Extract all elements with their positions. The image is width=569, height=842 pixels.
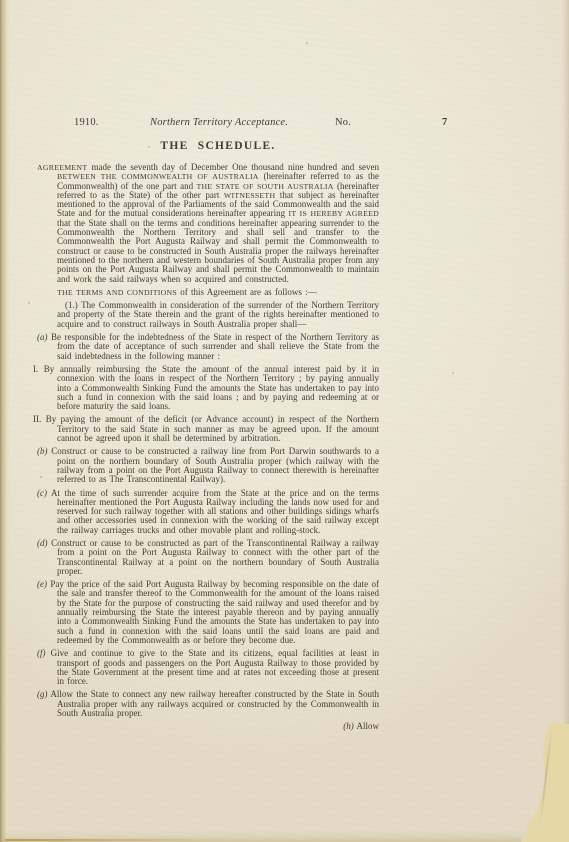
paragraph-item-c: (c) At the time of such surrender acquir… bbox=[57, 489, 379, 535]
paragraph-item-a: (a) Be responsible for the indebtedness … bbox=[57, 333, 379, 361]
paper-speck bbox=[452, 372, 454, 374]
clause-label: (b) bbox=[37, 446, 48, 456]
paragraph-subitem-I: I. By annually reimbursing the State the… bbox=[57, 365, 379, 411]
clause-label: (h) bbox=[343, 721, 354, 731]
page-right-edge-shadow bbox=[560, 0, 569, 842]
schedule-heading: THE SCHEDULE. bbox=[57, 140, 379, 152]
clause-label: II. bbox=[33, 414, 41, 424]
paragraph-agreement: AGREEMENT made the seventh day of Decemb… bbox=[57, 163, 379, 284]
clause-label: (e) bbox=[37, 579, 47, 589]
paragraph-terms: THE TERMS AND CONDITIONS of this Agreeme… bbox=[57, 288, 379, 297]
paragraph-item-b: (b) Construct or cause to be constructed… bbox=[57, 447, 379, 484]
gilt-bottom-edge bbox=[5, 839, 225, 841]
paragraph-item-d: (d) Construct or cause to be constructed… bbox=[57, 539, 379, 576]
paper-speck bbox=[306, 42, 308, 44]
header-number-label: No. bbox=[335, 117, 351, 128]
clause-label: (f) bbox=[37, 648, 46, 658]
paragraph-clause: (1.) The Commonwealth in consideration o… bbox=[57, 301, 379, 329]
paragraph-subitem-II: II. By paying the amount of the deficit … bbox=[57, 415, 379, 443]
book-spine-edge bbox=[0, 0, 10, 842]
paragraph-item-e: (e) Pay the price of the said Port Augus… bbox=[57, 580, 379, 645]
clause-label: (g) bbox=[37, 689, 48, 699]
header-year: 1910. bbox=[74, 117, 99, 128]
clause-label: I. bbox=[33, 364, 38, 374]
scanned-page: 1910. Northern Territory Acceptance. No.… bbox=[0, 0, 569, 842]
paper-speck bbox=[28, 302, 30, 304]
document-body: AGREEMENT made the seventh day of Decemb… bbox=[57, 163, 379, 736]
clause-label: (d) bbox=[37, 538, 48, 548]
clause-label: (c) bbox=[37, 488, 47, 498]
paragraph-item-g: (g) Allow the State to connect any new r… bbox=[57, 690, 379, 718]
paper-speck bbox=[40, 476, 42, 478]
header-page-number: 7 bbox=[442, 117, 447, 128]
header-running-title: Northern Territory Acceptance. bbox=[150, 117, 288, 128]
clause-label: (a) bbox=[37, 332, 48, 342]
paragraph-catchword-h: (h) Allow bbox=[57, 722, 379, 731]
paragraph-item-f: (f) Give and continue to give to the Sta… bbox=[57, 649, 379, 686]
